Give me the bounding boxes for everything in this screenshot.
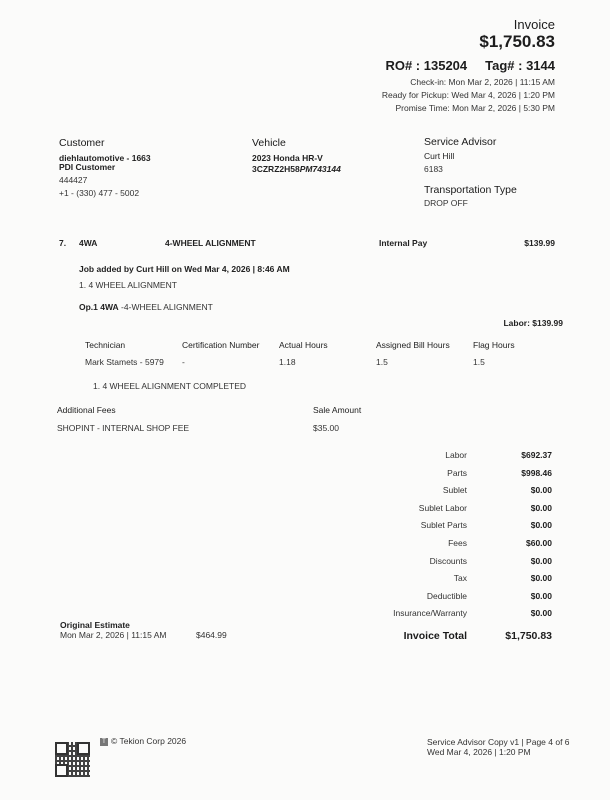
additional-fees-header: Additional Fees xyxy=(57,405,116,415)
total-value: $0.00 xyxy=(472,556,552,566)
vehicle-title: Vehicle xyxy=(252,137,286,149)
original-estimate-amount: $464.99 xyxy=(196,630,227,640)
fee-name: SHOPINT - INTERNAL SHOP FEE xyxy=(57,423,189,433)
total-label: Sublet Parts xyxy=(347,520,467,530)
job-correction: 1. 4 WHEEL ALIGNMENT COMPLETED xyxy=(93,381,246,391)
tekion-logo-icon: T xyxy=(100,738,108,746)
technician-table-header: Technician Certification Number Actual H… xyxy=(85,340,545,354)
col-certification: Certification Number xyxy=(182,340,259,350)
total-value: $0.00 xyxy=(472,485,552,495)
job-concern: 1. 4 WHEEL ALIGNMENT xyxy=(79,280,177,290)
total-value: $60.00 xyxy=(472,538,552,548)
original-estimate-title: Original Estimate xyxy=(60,620,130,630)
vin-prefix: 3CZRZ2H58 xyxy=(252,164,300,174)
copy-page-info: Service Advisor Copy v1 | Page 4 of 6 xyxy=(427,737,570,747)
customer-title: Customer xyxy=(59,137,105,149)
service-advisor-name: Curt Hill xyxy=(424,151,454,161)
vehicle-model: 2023 Honda HR-V xyxy=(252,153,323,163)
customer-id: 444427 xyxy=(59,175,87,185)
service-advisor-id: 6183 xyxy=(424,164,443,174)
transportation-type-title: Transportation Type xyxy=(424,184,517,196)
promise-time: Promise Time: Mon Mar 2, 2026 | 5:30 PM xyxy=(395,103,555,113)
customer-phone: +1 - (330) 477 - 5002 xyxy=(59,188,139,198)
total-label: Labor xyxy=(347,450,467,460)
operation-description: -4-WHEEL ALIGNMENT xyxy=(119,302,213,312)
vin-suffix: PM743144 xyxy=(300,164,341,174)
job-added-by: Job added by Curt Hill on Wed Mar 4, 202… xyxy=(79,264,290,274)
invoice-total-value: $1,750.83 xyxy=(472,630,552,642)
total-label: Discounts xyxy=(347,556,467,566)
total-label: Deductible xyxy=(347,591,467,601)
col-actual-hours: Actual Hours xyxy=(279,340,328,350)
total-label: Parts xyxy=(347,468,467,478)
copyright-text: © Tekion Corp 2026 xyxy=(111,736,186,746)
technician-table: Technician Certification Number Actual H… xyxy=(85,340,545,371)
transportation-type: DROP OFF xyxy=(424,198,468,208)
total-value: $0.00 xyxy=(472,591,552,601)
service-advisor-title: Service Advisor xyxy=(424,136,496,148)
job-name: 4-WHEEL ALIGNMENT xyxy=(165,238,256,248)
vehicle-vin: 3CZRZ2H58PM743144 xyxy=(252,164,341,174)
table-row: Mark Stamets - 5979 - 1.18 1.5 1.5 xyxy=(85,357,545,371)
customer-type: PDI Customer xyxy=(59,162,115,172)
invoice-total-label: Invoice Total xyxy=(347,630,467,642)
technician-name: Mark Stamets - 5979 xyxy=(85,357,164,367)
job-labor-amount: Labor: $139.99 xyxy=(503,318,563,328)
job-amount: $139.99 xyxy=(524,238,555,248)
total-value: $0.00 xyxy=(472,608,552,618)
total-value: $0.00 xyxy=(472,573,552,583)
col-assigned-bill-hours: Assigned Bill Hours xyxy=(376,340,450,350)
fee-amount: $35.00 xyxy=(313,423,339,433)
certification-number: - xyxy=(182,357,185,367)
ready-for-pickup-time: Ready for Pickup: Wed Mar 4, 2026 | 1:20… xyxy=(382,90,555,100)
copyright: T© Tekion Corp 2026 xyxy=(100,736,186,746)
original-estimate-date: Mon Mar 2, 2026 | 11:15 AM xyxy=(60,630,166,640)
total-value: $0.00 xyxy=(472,520,552,530)
printed-timestamp: Wed Mar 4, 2026 | 1:20 PM xyxy=(427,747,531,757)
actual-hours: 1.18 xyxy=(279,357,296,367)
ro-tag-line: RO# : 135204Tag# : 3144 xyxy=(385,58,555,73)
sale-amount-header: Sale Amount xyxy=(313,405,361,415)
assigned-bill-hours: 1.5 xyxy=(376,357,388,367)
job-operation: Op.1 4WA -4-WHEEL ALIGNMENT xyxy=(79,302,213,312)
tag-number: Tag# : 3144 xyxy=(485,58,555,73)
invoice-amount: $1,750.83 xyxy=(479,32,555,52)
job-pay-type: Internal Pay xyxy=(379,238,427,248)
qr-code xyxy=(55,742,90,777)
total-label: Insurance/Warranty xyxy=(347,608,467,618)
total-value: $692.37 xyxy=(472,450,552,460)
total-value: $0.00 xyxy=(472,503,552,513)
total-label: Sublet xyxy=(347,485,467,495)
flag-hours: 1.5 xyxy=(473,357,485,367)
ro-number: RO# : 135204 xyxy=(385,58,467,73)
job-number: 7. xyxy=(59,238,66,248)
col-flag-hours: Flag Hours xyxy=(473,340,515,350)
total-label: Fees xyxy=(347,538,467,548)
col-technician: Technician xyxy=(85,340,125,350)
total-value: $998.46 xyxy=(472,468,552,478)
total-label: Sublet Labor xyxy=(347,503,467,513)
check-in-time: Check-in: Mon Mar 2, 2026 | 11:15 AM xyxy=(410,77,555,87)
total-label: Tax xyxy=(347,573,467,583)
job-code: 4WA xyxy=(79,238,97,248)
document-type: Invoice xyxy=(514,17,555,32)
operation-label: Op.1 4WA xyxy=(79,302,119,312)
